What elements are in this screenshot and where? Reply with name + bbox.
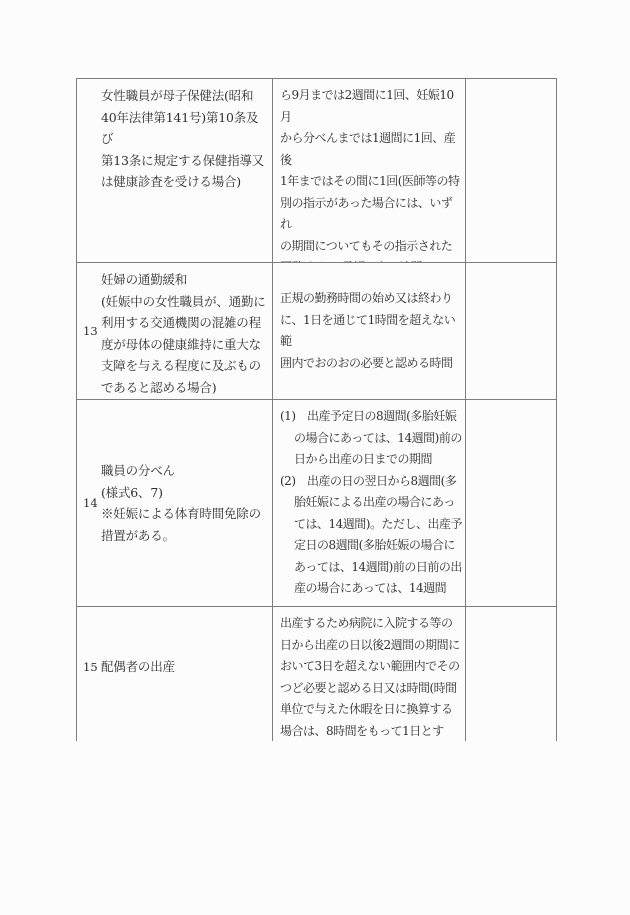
- table-row-14: 14 職員の分べん (様式6、7) ※妊娠による体育時間免除の 措置がある。 (…: [77, 400, 556, 607]
- document-page: { "colors": { "border": "#7d7d7d", "text…: [0, 0, 630, 915]
- table-row-15: 15 配偶者の出産 出産するため病院に入院する等の 日から出産の日以後2週間の期…: [77, 607, 556, 741]
- detail-cell: 出産するため病院に入院する等の 日から出産の日以後2週間の期間に おいて3日を超…: [272, 607, 465, 741]
- table-row-continued: 女性職員が母子保健法(昭和 40年法律第141号)第10条及び 第13条に規定す…: [77, 79, 556, 263]
- row-number: 15: [77, 607, 101, 741]
- detail-text: 正規の勤務時間の始め又は終わり に、1日を通じて1時間を超えない範 囲内でおのお…: [280, 288, 463, 374]
- row-number: 13: [77, 263, 101, 399]
- detail-text: ら9月までは2週間に1回、妊娠10月 から分べんまでは1週間に1回、産後 1年ま…: [280, 85, 463, 262]
- note-cell-empty: [465, 79, 556, 262]
- row-description: 配偶者の出産: [101, 656, 269, 678]
- detail-cell: ら9月までは2週間に1回、妊娠10月 から分べんまでは1週間に1回、産後 1年ま…: [272, 79, 465, 262]
- description-cell: 女性職員が母子保健法(昭和 40年法律第141号)第10条及び 第13条に規定す…: [77, 79, 272, 262]
- leave-regulations-table: 女性職員が母子保健法(昭和 40年法律第141号)第10条及び 第13条に規定す…: [76, 78, 557, 741]
- detail-list-item-2: (2) 出産の日の翌日から8週間(多 胎妊娠による出産の場合にあっ ては、14週…: [280, 471, 463, 600]
- detail-cell: 正規の勤務時間の始め又は終わり に、1日を通じて1時間を超えない範 囲内でおのお…: [272, 263, 465, 399]
- row-number: [77, 79, 101, 262]
- description-cell: 14 職員の分べん (様式6、7) ※妊娠による体育時間免除の 措置がある。: [77, 400, 272, 606]
- detail-list-item-1: (1) 出産予定日の8週間(多胎妊娠 の場合にあっては、14週間)前の 日から出…: [280, 406, 463, 471]
- row-number: 14: [77, 400, 101, 606]
- description-cell: 13 妊婦の通勤緩和 (妊娠中の女性職員が、通勤に 利用する交通機関の混雑の程 …: [77, 263, 272, 399]
- row-description: 職員の分べん (様式6、7) ※妊娠による体育時間免除の 措置がある。: [101, 460, 269, 546]
- detail-text: 出産するため病院に入院する等の 日から出産の日以後2週間の期間に おいて3日を超…: [280, 613, 463, 741]
- note-cell-empty: [465, 263, 556, 399]
- row-description: 妊婦の通勤緩和 (妊娠中の女性職員が、通勤に 利用する交通機関の混雑の程 度が母…: [101, 269, 269, 398]
- description-cell: 15 配偶者の出産: [77, 607, 272, 741]
- table-row-13: 13 妊婦の通勤緩和 (妊娠中の女性職員が、通勤に 利用する交通機関の混雑の程 …: [77, 263, 556, 400]
- note-cell-empty: [465, 400, 556, 606]
- row-description: 女性職員が母子保健法(昭和 40年法律第141号)第10条及び 第13条に規定す…: [101, 85, 269, 193]
- note-cell-empty: [465, 607, 556, 741]
- detail-cell: (1) 出産予定日の8週間(多胎妊娠 の場合にあっては、14週間)前の 日から出…: [272, 400, 465, 606]
